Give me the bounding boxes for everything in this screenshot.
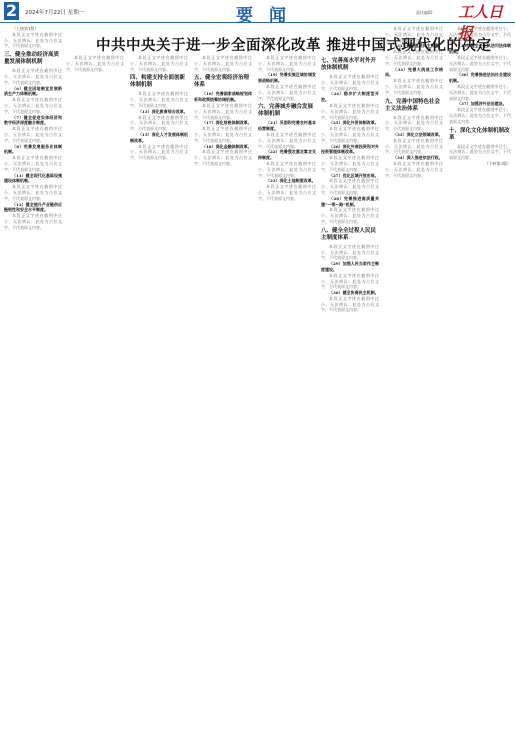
body-text: 本段正文字迹在截图中过小，无法辨认；此处为占位文字，不代表原文内容。 bbox=[4, 184, 62, 201]
body-text: 本段正文字迹在截图中过小，无法辨认；此处为占位文字，不代表原文内容。 bbox=[385, 115, 443, 132]
subsection-heading: （21）巩固和完善农村基本经营制度。 bbox=[258, 120, 316, 131]
subsection-heading: （31）健全基层民主制度。 bbox=[393, 43, 443, 48]
body-text: 本段正文字迹在截图中过小，无法辨认；此处为占位文字，不代表原文内容。 bbox=[194, 55, 252, 72]
subsection-heading: （8）完善发展服务业体制机制。 bbox=[4, 144, 62, 155]
column-4: 本段正文字迹在截图中过小，无法辨认；此处为占位文字，不代表原文内容。 五、健全宏… bbox=[194, 55, 252, 745]
body-text: 本段正文字迹在截图中过小，无法辨认；此处为占位文字，不代表原文内容。 bbox=[385, 49, 443, 66]
section-heading: 四、构建支持全面创新体制机制 bbox=[130, 75, 188, 89]
body-text: 本段正文字迹在截图中过小，无法辨认；此处为占位文字，不代表原文内容。 bbox=[321, 207, 379, 224]
body-text: 本段正文字迹在截图中过小，无法辨认；此处为占位文字，不代表原文内容。 bbox=[449, 84, 511, 101]
subsection-heading: （27）优化区域开放布局。 bbox=[329, 173, 379, 178]
column-3: 本段正文字迹在截图中过小，无法辨认；此处为占位文字，不代表原文内容。 四、构建支… bbox=[130, 55, 188, 745]
body-text: 本段正文字迹在截图中过小，无法辨认；此处为占位文字，不代表原文内容。 bbox=[258, 132, 316, 149]
section-heading: 三、健全推动经济高质量发展体制机制 bbox=[4, 52, 62, 66]
body-text: 本段正文字迹在截图中过小，无法辨认；此处为占位文字，不代表原文内容。 bbox=[130, 91, 188, 108]
page-number: 2 bbox=[4, 2, 19, 20]
subsection-heading: （11）健全现代化基础设施建设体制机制。 bbox=[4, 173, 62, 184]
subsection-heading: （36）完善推进法治社会建设机制。 bbox=[449, 72, 511, 83]
body-text: 本段正文字迹在截图中过小，无法辨认；此处为占位文字，不代表原文内容。 bbox=[130, 55, 188, 72]
column-6: 七、完善高水平对外开放体制机制 本段正文字迹在截图中过小，无法辨认；此处为占位文… bbox=[321, 55, 379, 745]
section-heading: 七、完善高水平对外开放体制机制 bbox=[321, 58, 379, 72]
body-text: 本段正文字迹在截图中过小，无法辨认；此处为占位文字，不代表原文内容。 bbox=[385, 138, 443, 155]
section-heading: 八、健全全过程人民民主制度体系 bbox=[321, 228, 379, 242]
subsection-heading: （33）深化立法领域改革。 bbox=[393, 132, 443, 137]
body-text: 本段正文字迹在截图中过小，无法辨认；此处为占位文字，不代表原文内容。 bbox=[4, 97, 62, 114]
subsection-heading: （18）深化金融体制改革。 bbox=[202, 144, 252, 149]
body-text: 本段正文字迹在截图中过小，无法辨认；此处为占位文字，不代表原文内容。 bbox=[4, 68, 62, 85]
subsection-heading: （32）完善大统战工作格局。 bbox=[385, 67, 443, 78]
subsection-heading: （24）稳步扩大制度型开放。 bbox=[321, 91, 379, 102]
body-text: 本段正文字迹在截图中过小，无法辨认；此处为占位文字，不代表原文内容。 bbox=[321, 178, 379, 195]
subsection-heading: （6）健全因地制宜发展新质生产力体制机制。 bbox=[4, 86, 62, 97]
column-2: 本段正文字迹在截图中过小，无法辨认；此处为占位文字，不代表原文内容。 bbox=[66, 55, 124, 745]
column-1: （上接第1版） 本段正文字迹在截图中过小，无法辨认；此处为占位文字，不代表原文内… bbox=[4, 26, 62, 744]
subsection-heading: （7）健全促进实体经济和数字经济深度融合制度。 bbox=[4, 115, 62, 126]
subsection-heading: （19）完善实施区域协调发展战略机制。 bbox=[258, 72, 316, 83]
section-name: 要闻 bbox=[236, 1, 302, 26]
body-text: 本段正文字迹在截图中过小，无法辨认；此处为占位文字，不代表原文内容。 bbox=[385, 26, 443, 43]
body-text: 本段正文字迹在截图中过小，无法辨认；此处为占位文字，不代表原文内容。 bbox=[321, 74, 379, 91]
subsection-heading: （28）完善推进高质量共建“一带一路”机制。 bbox=[321, 196, 379, 207]
body-text: 本段正文字迹在截图中过小，无法辨认；此处为占位文字，不代表原文内容。 bbox=[258, 55, 316, 72]
column-7: 本段正文字迹在截图中过小，无法辨认；此处为占位文字，不代表原文内容。 （31）健… bbox=[385, 26, 443, 744]
body-text: 本段正文字迹在截图中过小，无法辨认；此处为占位文字，不代表原文内容。 bbox=[66, 55, 124, 72]
body-text: 本段正文字迹在截图中过小，无法辨认；此处为占位文字，不代表原文内容。 bbox=[449, 55, 511, 72]
body-text: 本段正文字迹在截图中过小，无法辨认；此处为占位文字，不代表原文内容。 bbox=[321, 103, 379, 120]
column-8: 本段正文字迹在截图中过小，无法辨认；此处为占位文字，不代表原文内容。 （35）健… bbox=[449, 26, 511, 744]
subsection-heading: （30）健全协商民主机制。 bbox=[329, 290, 379, 295]
body-text: 本段正文字迹在截图中过小，无法辨认；此处为占位文字，不代表原文内容。 bbox=[194, 126, 252, 143]
body-text: 本段正文字迹在截图中过小，无法辨认；此处为占位文字，不代表原文内容。 bbox=[258, 161, 316, 178]
section-heading: 六、完善城乡融合发展体制机制 bbox=[258, 104, 316, 118]
body-text: 本段正文字迹在截图中过小，无法辨认；此处为占位文字，不代表原文内容。 bbox=[194, 103, 252, 120]
body-text: 本段正文字迹在截图中过小，无法辨认；此处为占位文字，不代表原文内容。 bbox=[130, 144, 188, 161]
body-text: 本段正文字迹在截图中过小，无法辨认；此处为占位文字，不代表原文内容。 bbox=[130, 115, 188, 132]
body-text: 本段正文字迹在截图中过小，无法辨认；此处为占位文字，不代表原文内容。 bbox=[385, 161, 443, 178]
body-text: 本段正文字迹在截图中过小，无法辨认；此处为占位文字，不代表原文内容。 bbox=[321, 155, 379, 172]
body-text: 本段正文字迹在截图中过小，无法辨认；此处为占位文字，不代表原文内容。 bbox=[4, 126, 62, 143]
subsection-heading: （35）健全公正执法司法体制机制。 bbox=[449, 43, 511, 54]
body-text: 本段正文字迹在截图中过小，无法辨认；此处为占位文字，不代表原文内容。 bbox=[4, 155, 62, 172]
subsection-heading: （17）深化财税体制改革。 bbox=[202, 120, 252, 125]
subsection-heading: （29）加强人民当家作主制度建设。 bbox=[321, 261, 379, 272]
editor-credit: 责任编辑： bbox=[416, 10, 436, 16]
subsection-heading: （22）完善强农惠农富农支持制度。 bbox=[258, 149, 316, 160]
subsection-heading: （13）深化教育综合改革。 bbox=[138, 109, 188, 114]
subsection-heading: （12）健全提升产业链供应链韧性和安全水平制度。 bbox=[4, 202, 62, 213]
body-text: 本段正文字迹在截图中过小，无法辨认；此处为占位文字，不代表原文内容。 bbox=[321, 126, 379, 143]
body-text: 本段正文字迹在截图中过小，无法辨认；此处为占位文字，不代表原文内容。 bbox=[258, 184, 316, 201]
page-header: 2 2024年7月22日 星期一 要闻 责任编辑： 工人日报 bbox=[0, 0, 515, 23]
subsection-heading: （26）深化外商投资和对外投资管理体制改革。 bbox=[321, 144, 379, 155]
section-heading: 九、完善中国特色社会主义法治体系 bbox=[385, 99, 443, 113]
body-text: 本段正文字迹在截图中过小，无法辨认；此处为占位文字，不代表原文内容。 bbox=[258, 84, 316, 101]
body-text: 本段正文字迹在截图中过小，无法辨认；此处为占位文字，不代表原文内容。 bbox=[4, 32, 62, 49]
subsection-heading: （23）深化土地制度改革。 bbox=[266, 178, 316, 183]
body-text: 本段正文字迹在截图中过小，无法辨认；此处为占位文字，不代表原文内容。 bbox=[194, 149, 252, 166]
body-text: 本段正文字迹在截图中过小，无法辨认；此处为占位文字，不代表原文内容。 bbox=[321, 244, 379, 261]
body-text: 本段正文字迹在截图中过小，无法辨认；此处为占位文字，不代表原文内容。 bbox=[385, 78, 443, 95]
subsection-heading: （37）加强涉外法治建设。 bbox=[457, 101, 507, 106]
subsection-heading: （25）深化外贸体制改革。 bbox=[329, 120, 379, 125]
body-text: 本段正文字迹在截图中过小，无法辨认；此处为占位文字，不代表原文内容。 bbox=[449, 107, 511, 124]
issue-date: 2024年7月22日 星期一 bbox=[25, 8, 84, 16]
section-heading: 十、深化文化体制机制改革 bbox=[449, 128, 511, 142]
body-text: 本段正文字迹在截图中过小，无法辨认；此处为占位文字，不代表原文内容。 bbox=[321, 273, 379, 290]
body-text: 本段正文字迹在截图中过小，无法辨认；此处为占位文字，不代表原文内容。 bbox=[321, 296, 379, 313]
subsection-heading: （34）深入推进依法行政。 bbox=[393, 155, 443, 160]
body-text: 本段正文字迹在截图中过小，无法辨认；此处为占位文字，不代表原文内容。 bbox=[4, 213, 62, 230]
subsection-heading: （16）完善国家战略规划体系和政策统筹协调机制。 bbox=[194, 91, 252, 102]
body-text: 本段正文字迹在截图中过小，无法辨认；此处为占位文字，不代表原文内容。 bbox=[449, 26, 511, 43]
continued-to: （下转第3版） bbox=[449, 161, 511, 167]
subsection-heading: （15）深化人才发展体制机制改革。 bbox=[130, 132, 188, 143]
section-heading: 五、健全宏观经济治理体系 bbox=[194, 75, 252, 89]
column-5: 本段正文字迹在截图中过小，无法辨认；此处为占位文字，不代表原文内容。 （19）完… bbox=[258, 55, 316, 745]
body-text: 本段正文字迹在截图中过小，无法辨认；此处为占位文字，不代表原文内容。 bbox=[449, 144, 511, 161]
